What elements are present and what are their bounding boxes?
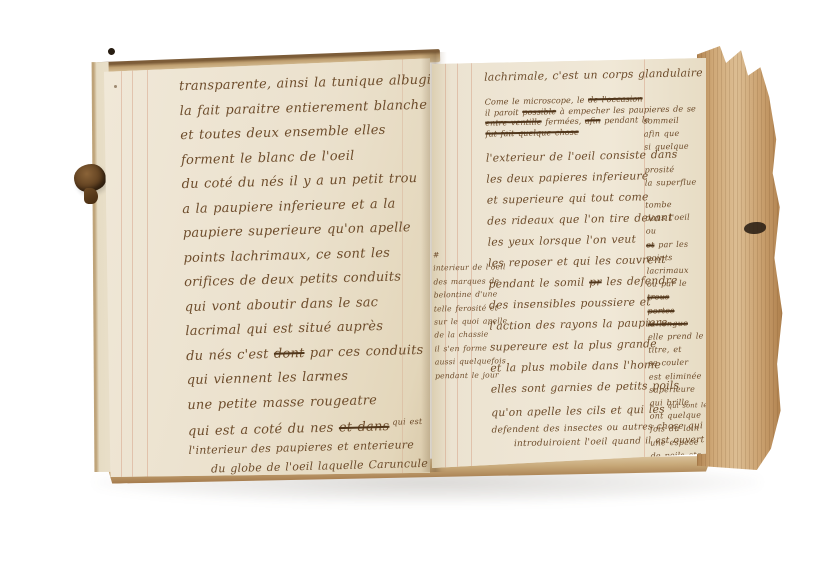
- note-text: elle prend le: [648, 331, 704, 341]
- margin-note: portes: [647, 303, 705, 317]
- margin-note: afin que: [644, 127, 702, 141]
- note-text: la superflue: [645, 177, 697, 187]
- margin-note: aussi quelquefois: [435, 355, 489, 369]
- margin-note: qui brille: [649, 395, 707, 409]
- margin-note: et par les: [646, 237, 704, 251]
- struck-text: possible: [522, 106, 556, 117]
- margin-note: points: [646, 250, 704, 264]
- leather-tie-tail: [84, 188, 98, 204]
- photo-of-manuscript: transparente, ainsi la tunique albuginée…: [0, 0, 840, 561]
- margin-rule-line: [121, 55, 122, 477]
- note-text: prosité: [644, 165, 674, 175]
- struck-text: afin: [585, 115, 601, 125]
- line-text: forment le blanc de l'oeil: [181, 148, 355, 168]
- note-text: afin que: [644, 129, 680, 139]
- line-text: qui vont aboutir dans le sac: [185, 295, 379, 315]
- line-text: et toutes deux ensemble elles: [180, 123, 386, 143]
- struck-text: la longue: [648, 319, 688, 329]
- line-text: transparente, ainsi la tunique albuginée: [179, 72, 456, 94]
- note-text: ou par le: [647, 279, 687, 289]
- line-text: pendant le somil: [488, 276, 589, 291]
- margin-note: ou: [646, 224, 704, 238]
- line-text: supereure est la plus grande: [490, 337, 657, 353]
- gutter-margin-notes: # interieur de l'oeil des marques de bel…: [433, 248, 489, 383]
- struck-text: portes: [647, 306, 674, 316]
- fore-edge-page-block: [697, 46, 785, 470]
- margin-note: la longue: [648, 316, 706, 330]
- margin-rule-line: [132, 55, 133, 477]
- note-text: #: [433, 250, 440, 259]
- note-text: sommeil: [643, 116, 679, 126]
- line-text: pendant le: [600, 114, 649, 125]
- note-text: par les: [654, 239, 688, 249]
- margin-rule-line: [147, 55, 148, 477]
- line-text: qui viennent les larmes: [187, 369, 349, 388]
- note-text: il s'en forme: [435, 343, 488, 353]
- margin-note: telle ferosité et: [434, 301, 488, 315]
- line-text: qui est a coté du nes: [188, 420, 339, 439]
- margin-note: une espèce: [650, 435, 708, 449]
- margin-note: dans l'oeil: [645, 211, 703, 225]
- line-text: du nés c'est: [186, 346, 274, 363]
- margin-note: tombe: [645, 197, 703, 211]
- struck-text: entre ventille: [485, 117, 542, 128]
- margin-note: interieur de l'oeil: [433, 261, 487, 275]
- line-text: des insensibles poussiere et: [489, 295, 651, 311]
- margin-note: ou par le: [647, 277, 705, 291]
- line-text: les deux papieres inferieure: [486, 169, 648, 185]
- margin-note: pendant le jour: [435, 368, 489, 382]
- line-text: fermées,: [542, 116, 585, 127]
- margin-note: sur le quoi apelle: [434, 315, 488, 329]
- line-text: lacrimal qui est situé auprès: [185, 319, 383, 339]
- note-text: superieure: [649, 384, 695, 394]
- margin-note: ont quelque: [650, 409, 708, 423]
- note-text: qui brille: [649, 398, 689, 408]
- margin-note: titre, et: [648, 343, 706, 357]
- margin-note: si quelque: [644, 140, 702, 154]
- corner-dark-spot: [108, 48, 115, 55]
- note-text: dans l'oeil: [645, 213, 690, 223]
- note-text: points: [646, 253, 672, 263]
- manuscript-line: lachrimale, c'est un corps glandulaire: [484, 63, 642, 87]
- note-text: ont quelque: [650, 411, 702, 421]
- margin-note: est eliminée: [649, 369, 707, 383]
- note-text: est eliminée: [649, 371, 702, 381]
- note-text: tombe: [645, 200, 672, 210]
- line-text: la fait paraitre entierement blanche: [179, 97, 427, 118]
- line-text: orifices de deux petits conduits: [184, 269, 401, 290]
- line-text: une petite masse rougeatre: [187, 393, 377, 413]
- line-text: lachrimale, c'est un corps glandulaire: [484, 66, 703, 84]
- note-text: lacrimaux: [647, 266, 689, 276]
- margin-note: elle prend le: [648, 329, 706, 343]
- line-text: du globe de l'oeil laquelle Caruncule: [211, 457, 428, 476]
- margin-note: belontine d'une: [434, 288, 488, 302]
- manuscript-line: fut fait quelque chose: [485, 125, 643, 139]
- margin-note: superieure: [649, 382, 707, 396]
- note-text: si quelque: [644, 142, 689, 152]
- struck-text: dont: [274, 345, 305, 361]
- line-text: et la plus mobile dans l'home: [490, 358, 661, 375]
- struck-text: pr: [589, 275, 602, 288]
- margin-note: il s'en forme: [434, 341, 488, 355]
- line-text: points lachrimaux, ce sont les: [183, 245, 390, 265]
- struck-text: fut fait quelque chose: [485, 126, 579, 138]
- note-text: fois du loin: [650, 424, 699, 434]
- margin-note: la superflue: [645, 175, 703, 189]
- margin-note: prosité: [644, 162, 702, 176]
- line-text: paupiere superieure qu'on apelle: [183, 220, 411, 241]
- struck-text: de l'occasion: [588, 93, 643, 104]
- right-margin-notes: sommeil afin que si quelque prosité la s…: [643, 113, 708, 462]
- struck-text: et dans: [339, 419, 390, 435]
- margin-note: lacrimaux: [647, 263, 705, 277]
- manuscript-line: introduiroient l'oeil quand il est ouver…: [492, 434, 650, 451]
- line-text: et superieure qui tout come: [487, 190, 649, 206]
- line-text: par ces conduits: [304, 342, 423, 360]
- left-page-text: transparente, ainsi la tunique albuginée…: [179, 69, 428, 479]
- note-text: ou: [646, 227, 657, 236]
- line-text: du coté du nés il y a un petit trou: [181, 171, 417, 192]
- line-text: les reposer et qui les couvrent: [488, 253, 666, 270]
- line-text: qu'on apelle les cils et qui les: [491, 403, 665, 420]
- margin-note: fois du loin: [650, 422, 708, 436]
- ink-speck: [114, 85, 117, 88]
- margin-note: des marques de: [433, 274, 487, 288]
- line-text: a la paupiere inferieure et a la: [182, 196, 396, 217]
- struck-text: trous: [647, 293, 669, 302]
- right-page-text: lachrimale, c'est un corps glandulaire C…: [484, 63, 650, 451]
- right-page: # interieur de l'oeil des marques de bel…: [432, 58, 706, 468]
- interline-note: qui est: [392, 417, 422, 427]
- note-text: se couler: [648, 358, 688, 368]
- line-text: il paroit: [485, 106, 523, 117]
- margin-note: de la chassie: [434, 328, 488, 342]
- note-text: une espèce: [650, 437, 699, 447]
- margin-note: sommeil: [643, 113, 701, 127]
- line-text: l'action des rayons la paupiere: [489, 316, 667, 333]
- note-text: de la chassie: [434, 330, 488, 340]
- note-text: pendant le jour: [435, 370, 499, 380]
- margin-note: trous: [647, 290, 705, 304]
- line-text: les yeux lorsque l'on veut: [488, 233, 637, 249]
- note-text: titre, et: [648, 345, 682, 355]
- left-page: transparente, ainsi la tunique albuginée…: [104, 55, 430, 477]
- margin-note: se couler: [648, 356, 706, 370]
- margin-note: #: [433, 248, 487, 262]
- manuscript-line: qu'on apelle les cils et qui lesqui sont…: [491, 396, 649, 423]
